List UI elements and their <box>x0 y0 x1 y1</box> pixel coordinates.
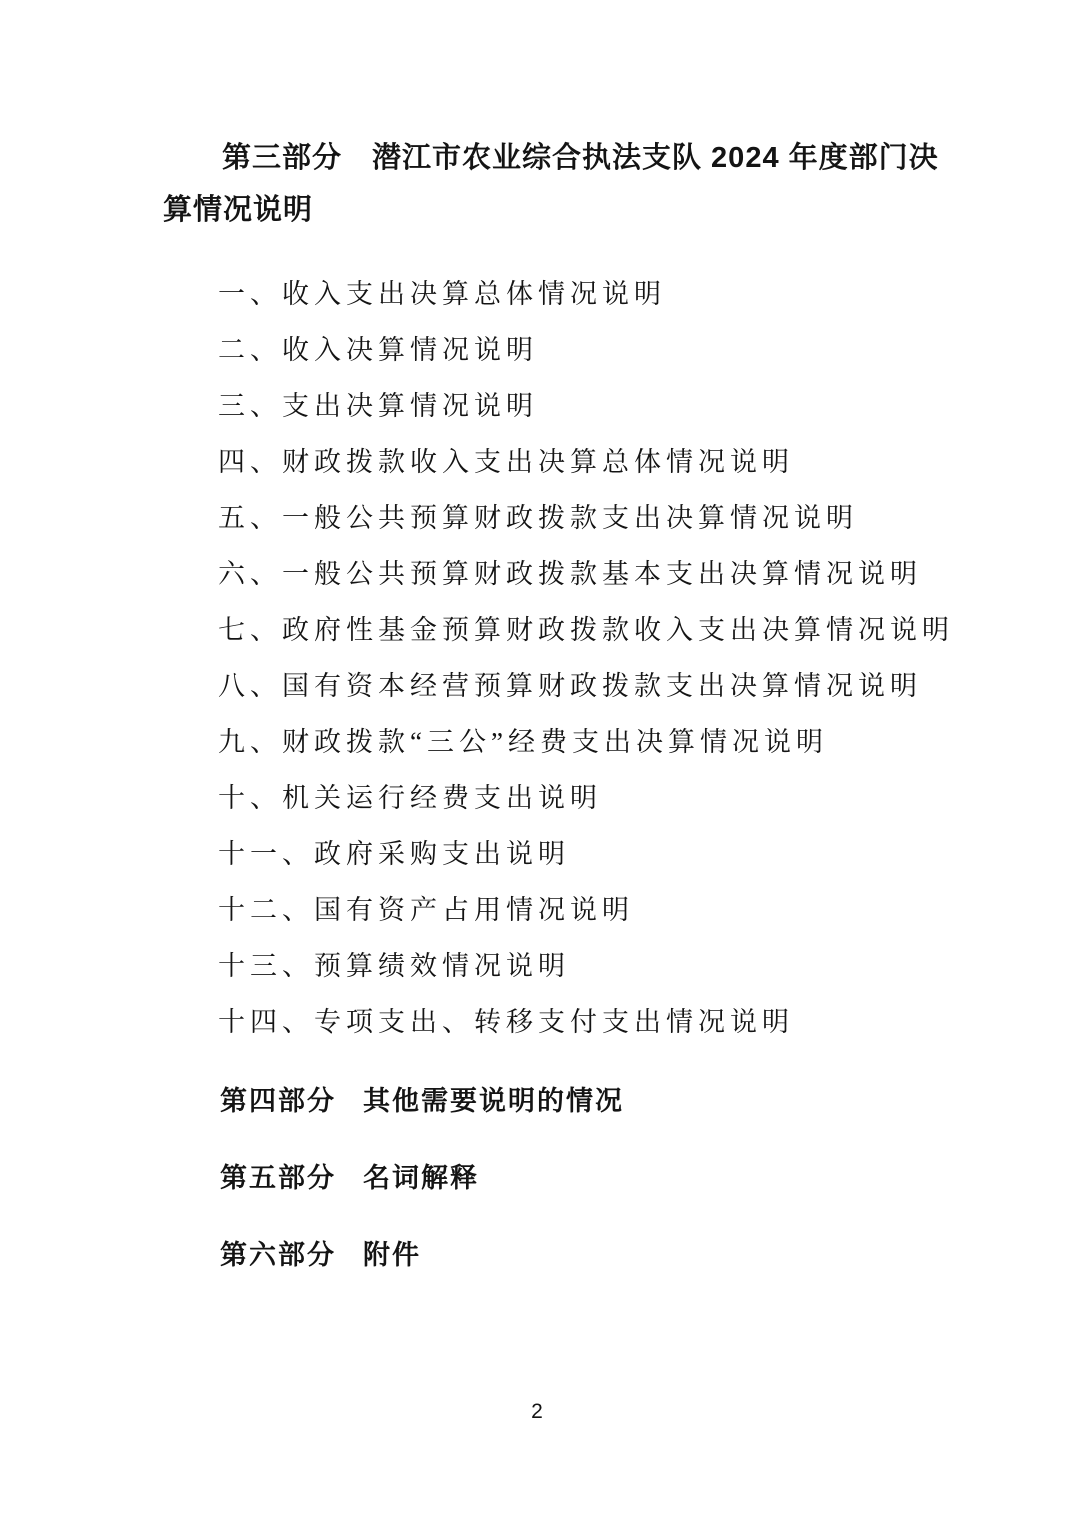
page-number: 2 <box>0 1400 1074 1424</box>
page-title: 第三部分 潜江市农业综合执法支队 2024 年度部门决 算情况说明 <box>163 132 984 236</box>
toc-item: 七、政府性基金预算财政拨款收入支出决算情况说明 <box>163 602 984 658</box>
section-label: 第四部分 <box>220 1086 336 1116</box>
toc-item: 五、一般公共预算财政拨款支出决算情况说明 <box>163 490 984 546</box>
page-title-line1: 第三部分 潜江市农业综合执法支队 2024 年度部门决 <box>163 132 984 184</box>
section-label: 第五部分 <box>220 1163 336 1193</box>
section-heading-part6: 第六部分附件 <box>163 1229 984 1281</box>
toc-item: 二、收入决算情况说明 <box>163 322 984 378</box>
section-headings: 第四部分其他需要说明的情况 第五部分名词解释 第六部分附件 <box>163 1075 984 1281</box>
toc-item: 九、财政拨款“三公”经费支出决算情况说明 <box>163 714 984 770</box>
toc-list: 一、收入支出决算总体情况说明 二、收入决算情况说明 三、支出决算情况说明 四、财… <box>163 266 984 1050</box>
toc-item: 三、支出决算情况说明 <box>163 378 984 434</box>
section-title: 名词解释 <box>363 1163 479 1193</box>
toc-item: 一、收入支出决算总体情况说明 <box>163 266 984 322</box>
toc-item: 十、机关运行经费支出说明 <box>163 770 984 826</box>
toc-item: 十四、专项支出、转移支付支出情况说明 <box>163 994 984 1050</box>
toc-item: 六、一般公共预算财政拨款基本支出决算情况说明 <box>163 546 984 602</box>
toc-item: 十二、国有资产占用情况说明 <box>163 882 984 938</box>
toc-item: 四、财政拨款收入支出决算总体情况说明 <box>163 434 984 490</box>
section-title: 其他需要说明的情况 <box>363 1086 624 1116</box>
page-title-line2: 算情况说明 <box>163 184 984 236</box>
section-heading-part5: 第五部分名词解释 <box>163 1152 984 1204</box>
document-page: 第三部分 潜江市农业综合执法支队 2024 年度部门决 算情况说明 一、收入支出… <box>0 0 1074 1520</box>
section-heading-part4: 第四部分其他需要说明的情况 <box>163 1075 984 1127</box>
toc-item: 八、国有资本经营预算财政拨款支出决算情况说明 <box>163 658 984 714</box>
section-label: 第六部分 <box>220 1240 336 1270</box>
toc-item: 十一、政府采购支出说明 <box>163 826 984 882</box>
section-title: 附件 <box>363 1240 421 1270</box>
page-content: 第三部分 潜江市农业综合执法支队 2024 年度部门决 算情况说明 一、收入支出… <box>0 0 1074 1281</box>
toc-item: 十三、预算绩效情况说明 <box>163 938 984 994</box>
